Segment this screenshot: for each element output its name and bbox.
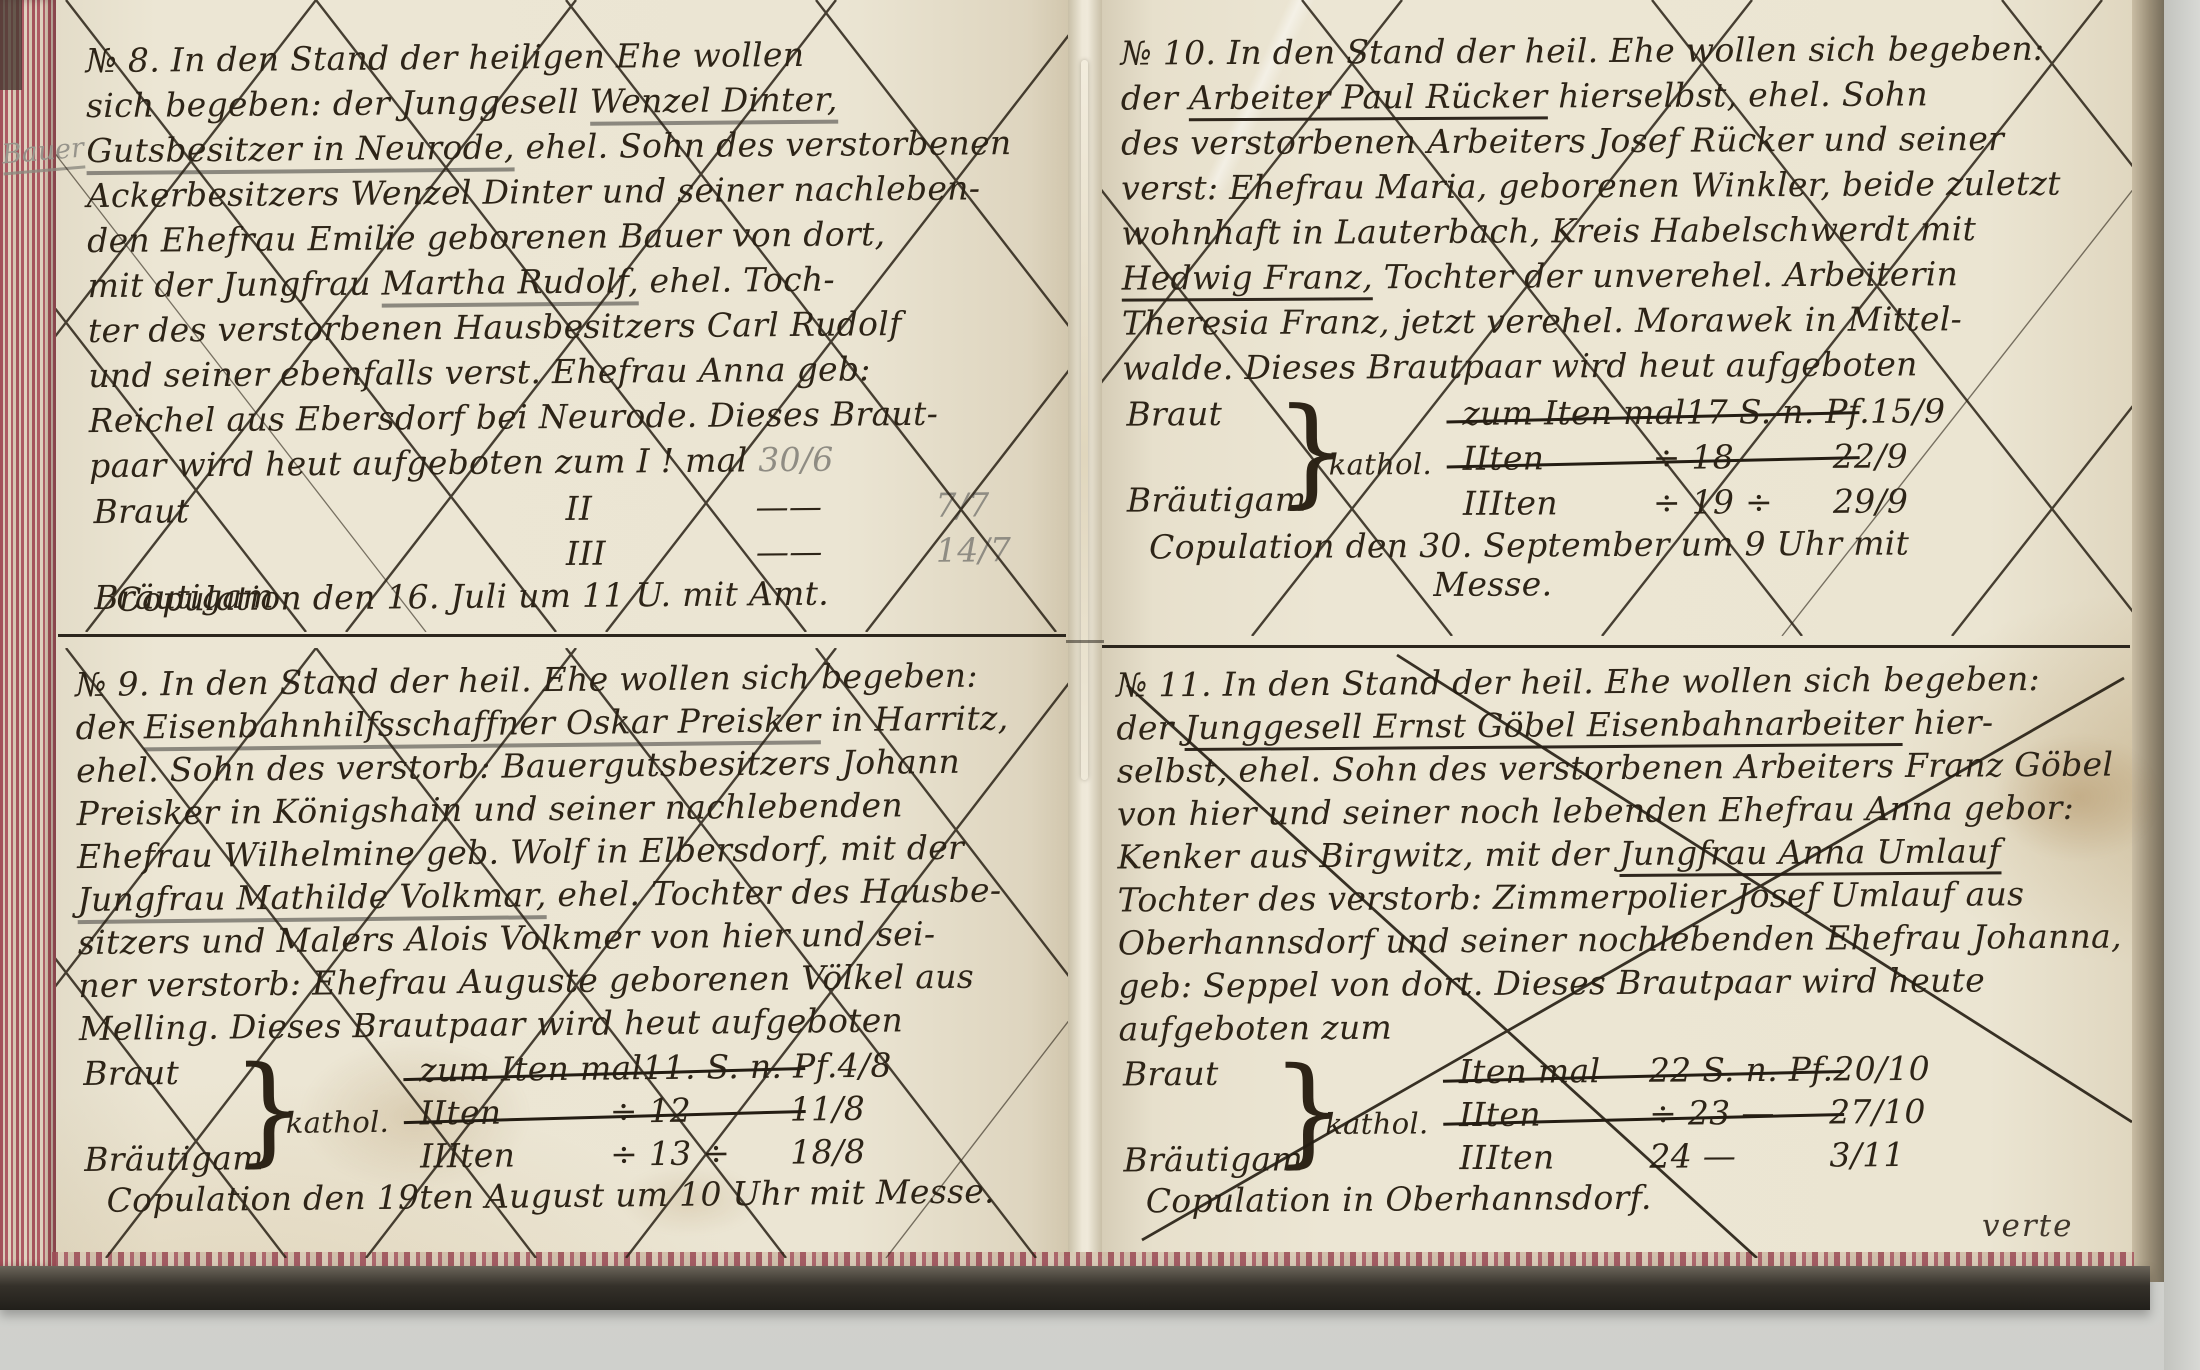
divider-rule-gutter (1066, 640, 1104, 643)
braut-label: Braut (1123, 1054, 1219, 1094)
entry-body: № 8. In den Stand der heiligen Ehe wolle… (85, 30, 1041, 488)
handwritten-line: Ackerbesitzers Wenzel Dinter und seiner … (87, 165, 1039, 218)
banns-row: II——7/7 (565, 482, 1011, 531)
handwritten-line: № 11. In den Stand der heil. Ehe wollen … (1116, 657, 2120, 707)
text-segment: ehel. Sohn des verstorbenen (515, 123, 1012, 166)
underlined-name-text: Hedwig Franz, (1122, 257, 1373, 301)
banns-row: zum Iten mal17 S. n. Pf.15/9 (1462, 388, 1945, 436)
text-segment: Ehefrau Wilhelmine geb. Wolf in Elbersdo… (77, 828, 965, 876)
text-segment: hier- (1903, 702, 1994, 742)
text-segment: paar wird heut aufgeboten zum I ! mal (89, 440, 748, 485)
banns-mid: ÷ 23 — (1649, 1091, 1829, 1135)
handwritten-line: Oberhannsdorf und seiner nochlebenden Eh… (1118, 914, 2122, 964)
religion-label: kathol. (1329, 447, 1432, 482)
banns-ord: zum Iten mal (419, 1046, 643, 1091)
banns-bdate: 27/10 (1829, 1090, 1926, 1134)
text-segment: ner verstorb: Ehefrau Auguste geborenen … (78, 957, 974, 1005)
text-segment: ehel. Sohn des verstorb: Bauergutsbesitz… (76, 742, 960, 790)
handwritten-line: ter des verstorbenen Hausbesitzers Carl … (88, 300, 1040, 353)
text-segment: wohnhaft in Lauterbach, Kreis Habelschwe… (1121, 209, 1976, 252)
cover-corner (0, 0, 22, 90)
banns-mid: ÷ 13 ÷ (610, 1131, 790, 1176)
pencil-margin-note: Bauer (1, 132, 86, 175)
banns-bdate: 4/8 (837, 1044, 891, 1088)
handwritten-line: verst: Ehefrau Maria, geborenen Winkler,… (1121, 160, 2119, 210)
handwritten-line: der Arbeiter Paul Rücker hierselbst, ehe… (1121, 70, 2119, 120)
handwritten-line: Theresia Franz, jetzt verehel. Morawek i… (1122, 295, 2120, 345)
underlined-name-text: Arbeiter Paul Rücker (1189, 76, 1548, 121)
banns-bdate: 11/8 (789, 1087, 865, 1131)
handwritten-line: geb: Seppel von dort. Dieses Brautpaar w… (1118, 957, 2122, 1007)
handwritten-line: № 10. In den Stand der heil. Ehe wollen … (1120, 25, 2118, 75)
handwritten-line: aufgeboten zum (1118, 1000, 2122, 1050)
book-cover-bottom (0, 1266, 2150, 1310)
handwritten-line: der Junggesell Ernst Göbel Eisenbahnarbe… (1116, 700, 2120, 750)
text-segment: Theresia Franz, jetzt verehel. Morawek i… (1122, 299, 1962, 342)
banns-mid: 22 S. n. Pf. (1649, 1048, 1834, 1092)
text-segment: Reichel aus Ebersdorf bei Neurode. Diese… (89, 394, 939, 440)
banns-bdate: 18/8 (790, 1130, 866, 1174)
banns-rows: zum Iten mal11. S. n. Pf.4/8IIten÷ 1211/… (379, 1044, 893, 1178)
underlined-name-text: Jungfrau Anna Umlauf (1619, 831, 2001, 877)
underlined-name-text: 30/6 (747, 440, 833, 480)
religion-label: kathol. (286, 1105, 390, 1140)
text-segment: der (1121, 78, 1189, 117)
text-segment: in Harritz, (820, 698, 1008, 739)
banns-bdate: 15/9 (1870, 388, 1946, 433)
banns-rows: II——7/7III——14/7 (389, 482, 1011, 577)
banns-block: Braut Bräutigam } kathol. zum Iten mal17… (1122, 387, 2121, 527)
banns-block: Braut Bräutigam II——7/7III——14/7 (89, 482, 1042, 580)
copulation-line: Copulation in Oberhannsdorf. (1120, 1174, 2124, 1220)
text-segment: der (75, 707, 144, 747)
banns-labels: Braut Bräutigam } kathol. (79, 1049, 380, 1181)
register-entry-no11: № 11. In den Stand der heil. Ehe wollen … (1116, 657, 2124, 1236)
handwritten-line: Reichel aus Ebersdorf bei Neurode. Diese… (89, 390, 1041, 443)
text-segment: Kenker aus Birgwitz, mit der (1117, 834, 1619, 877)
banns-ord: IIIten (1463, 480, 1653, 526)
page-edges-right (2132, 0, 2164, 1282)
banns-mid: —— (756, 528, 936, 575)
binding-thread (1081, 60, 1088, 780)
copulation-line-2: Messe. (1433, 561, 2121, 604)
text-segment: № 9. In den Stand der heil. Ehe wollen s… (75, 656, 978, 704)
banns-row: IIIten÷ 19 ÷29/9 (1463, 478, 1946, 526)
banns-ord: IIIten (420, 1133, 610, 1178)
text-segment: sich begeben: der Junggesell (86, 82, 590, 125)
entry-body: № 10. In den Stand der heil. Ehe wollen … (1120, 25, 2120, 390)
divider-rule-left (58, 634, 1066, 637)
banns-row: IIten÷ 23 —27/10 (1459, 1090, 1930, 1136)
text-segment: mit der Jungfrau (87, 264, 381, 306)
text-segment: Tochter der unverehel. Arbeiterin (1373, 254, 1958, 296)
religion-label: kathol. (1325, 1106, 1428, 1141)
banns-mid: ÷ 19 ÷ (1653, 479, 1833, 525)
underlined-name-text: Martha Rudolf, (381, 261, 639, 307)
banns-ord: IIten (420, 1090, 610, 1135)
banns-mid: —— (755, 483, 935, 530)
banns-ord: Iten mal (1459, 1049, 1649, 1093)
text-segment: geb: Seppel von dort. Dieses Brautpaar w… (1118, 960, 1985, 1005)
page-edges-bottom (52, 1252, 2134, 1266)
table-background (2164, 0, 2200, 1370)
text-segment: № 11. In den Stand der heil. Ehe wollen … (1116, 659, 2040, 704)
banns-mid: 17 S. n. Pf. (1685, 389, 1870, 435)
text-segment: Melling. Dieses Brautpaar wird heut aufg… (79, 1000, 904, 1048)
register-entry-no9: № 9. In den Stand der heil. Ehe wollen s… (75, 653, 1049, 1241)
banns-row: IIIten÷ 13 ÷18/8 (420, 1130, 893, 1178)
text-segment: von hier und seiner noch lebenden Ehefra… (1117, 788, 2074, 834)
braeutigam-label: Bräutigam (94, 577, 274, 618)
text-segment: aufgeboten zum (1118, 1008, 1392, 1049)
handwritten-line: Tochter des verstorb: Zimmerpolier Josef… (1118, 871, 2122, 921)
handwritten-line: selbst, ehel. Sohn des verstorbenen Arbe… (1117, 743, 2121, 793)
register-entry-no10: № 10. In den Stand der heil. Ehe wollen … (1120, 25, 2121, 638)
banns-bdate: 22/9 (1833, 433, 1909, 478)
handwritten-line: Melling. Dieses Brautpaar wird heut aufg… (79, 997, 1047, 1050)
banns-row: IIten÷ 1822/9 (1463, 433, 1946, 481)
text-segment: der (1116, 708, 1184, 747)
banns-bdate: 20/10 (1833, 1047, 1930, 1091)
text-segment: hierselbst, ehel. Sohn (1547, 74, 1928, 115)
text-segment: ehel. Toch- (639, 260, 835, 301)
text-segment: walde. Dieses Brautpaar wird heut aufgeb… (1122, 344, 1918, 387)
braut-label: Braut (83, 1053, 179, 1093)
text-segment: sitzers und Malers Alois Volkmer von hie… (78, 914, 936, 962)
banns-block: Braut Bräutigam } kathol. zum Iten mal11… (79, 1042, 1048, 1181)
banns-row: IIten÷ 1211/8 (420, 1087, 893, 1135)
banns-row: zum Iten mal11. S. n. Pf.4/8 (419, 1044, 892, 1092)
banns-bdate: 7/7 (935, 482, 989, 527)
text-segment: Tochter des verstorb: Zimmerpolier Josef… (1118, 874, 2025, 919)
text-segment: des verstorbenen Arbeiters Josef Rücker … (1121, 119, 2004, 163)
banns-mid: 11. S. n. Pf. (642, 1044, 838, 1089)
banns-labels: Braut Bräutigam } kathol. (1119, 1050, 1420, 1181)
banns-bdate: 3/11 (1829, 1133, 1905, 1177)
banns-ord: zum Iten mal (1462, 390, 1685, 436)
banns-mid: ÷ 12 (609, 1088, 789, 1133)
register-book-photo: Bauer verte № 8. In den Stand der heilig… (0, 0, 2200, 1370)
braut-label: Braut (93, 491, 189, 531)
underlined-name-text: Gutsbesitzer in Neurode, (86, 127, 515, 175)
handwritten-line: wohnhaft in Lauterbach, Kreis Habelschwe… (1121, 205, 2119, 255)
text-segment: Ackerbesitzers Wenzel Dinter und seiner … (87, 168, 981, 215)
banns-ord: IIIten (1459, 1135, 1649, 1179)
handwritten-line: des verstorbenen Arbeiters Josef Rücker … (1121, 115, 2119, 165)
handwritten-line: Hedwig Franz, Tochter der unverehel. Arb… (1122, 250, 2120, 300)
divider-rule-right (1102, 645, 2130, 648)
text-segment: verst: Ehefrau Maria, geborenen Winkler,… (1121, 164, 2061, 208)
text-segment: Oberhannsdorf und seiner nochlebenden Eh… (1118, 916, 2122, 962)
page-edges-left (0, 0, 56, 1268)
handwritten-line: walde. Dieses Brautpaar wird heut aufgeb… (1122, 340, 2120, 390)
text-segment: selbst, ehel. Sohn des verstorbenen Arbe… (1117, 745, 2114, 791)
braut-label: Braut (1126, 394, 1222, 434)
text-segment: № 8. In den Stand der heiligen Ehe wolle… (85, 35, 804, 80)
register-entry-no8: № 8. In den Stand der heiligen Ehe wolle… (85, 30, 1042, 630)
text-segment: ter des verstorbenen Hausbesitzers Carl … (88, 304, 902, 350)
banns-labels: Braut Bräutigam (89, 488, 390, 581)
banns-labels: Braut Bräutigam } kathol. (1122, 391, 1423, 528)
handwritten-line: Kenker aus Birgwitz, mit der Jungfrau An… (1117, 828, 2121, 878)
underlined-name-text: Wenzel Dinter, (590, 80, 838, 126)
banns-rows: Iten mal22 S. n. Pf.20/10IIten÷ 23 —27/1… (1419, 1047, 1931, 1180)
banns-rows: zum Iten mal17 S. n. Pf.15/9IIten÷ 1822/… (1422, 388, 1946, 526)
banns-mid: 24 — (1649, 1134, 1829, 1178)
banns-row: III——14/7 (566, 527, 1012, 576)
text-segment: Preisker in Königshain und seiner nachle… (76, 785, 903, 833)
text-segment: № 10. In den Stand der heil. Ehe wollen … (1120, 29, 2044, 73)
entry-body: № 11. In den Stand der heil. Ehe wollen … (1116, 657, 2123, 1051)
banns-bdate: 29/9 (1833, 478, 1909, 523)
banns-row: IIIten24 —3/11 (1459, 1133, 1930, 1179)
banns-ord: II (565, 484, 755, 531)
banns-row: Iten mal22 S. n. Pf.20/10 (1459, 1047, 1930, 1093)
entry-body: № 9. In den Stand der heil. Ehe wollen s… (75, 653, 1047, 1050)
banns-bdate: 14/7 (936, 527, 1012, 573)
copulation-line: Copulation den 30. September um 9 Uhr mi… (1123, 522, 2121, 566)
text-segment: und seiner ebenfalls verst. Ehefrau Anna… (88, 349, 871, 395)
banns-mid: ÷ 18 (1653, 434, 1833, 480)
text-segment: ehel. Tochter des Hausbe- (546, 870, 1001, 914)
handwritten-line: von hier und seiner noch lebenden Ehefra… (1117, 785, 2121, 835)
banns-ord: III (566, 529, 756, 576)
banns-ord: IIten (1463, 435, 1653, 481)
text-segment: den Ehefrau Emilie geborenen Bauer von d… (87, 214, 885, 260)
handwritten-line: paar wird heut aufgeboten zum I ! mal 30… (89, 435, 1041, 488)
banns-block: Braut Bräutigam } kathol. Iten mal22 S. … (1119, 1045, 2124, 1181)
banns-ord: IIten (1459, 1092, 1649, 1136)
